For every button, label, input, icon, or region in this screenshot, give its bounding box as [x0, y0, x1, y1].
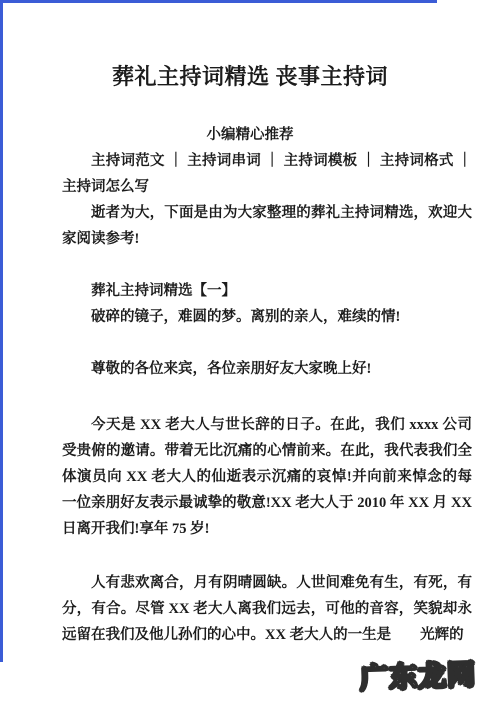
body-paragraph: 破碎的镜子，难圆的梦。离别的亲人，难续的情!	[62, 304, 472, 330]
recommend-heading: 小编精心推荐	[0, 122, 500, 148]
page-title: 葬礼主持词精选 丧事主持词	[0, 0, 500, 92]
body-paragraph: 今天是 XX 老大人与世长辞的日子。在此，我们 xxxx 公司受贵俯的邀请。带着…	[62, 412, 472, 542]
intro-paragraph: 逝者为大，下面是由为大家整理的葬礼主持词精选，欢迎大家阅读参考!	[62, 200, 472, 252]
page-top-border	[0, 0, 437, 3]
page-left-border	[0, 0, 3, 662]
section-heading: 葬礼主持词精选【一】	[62, 278, 472, 304]
body-paragraph: 人有悲欢离合，月有阴晴圆缺。人世间难免有生，有死，有分，有合。尽管 XX 老大人…	[62, 570, 472, 648]
document-page: 葬礼主持词精选 丧事主持词 小编精心推荐 主持词范文 ｜ 主持词串词 ｜ 主持词…	[0, 0, 500, 707]
nav-links-line: 主持词范文 ｜ 主持词串词 ｜ 主持词模板 ｜ 主持词格式 ｜ 主持词怎么写	[62, 148, 472, 200]
document-body: 主持词范文 ｜ 主持词串词 ｜ 主持词模板 ｜ 主持词格式 ｜ 主持词怎么写 逝…	[62, 148, 472, 648]
site-watermark: 广东龙网	[359, 653, 476, 697]
body-paragraph: 尊敬的各位来宾，各位亲朋好友大家晚上好!	[62, 356, 472, 382]
